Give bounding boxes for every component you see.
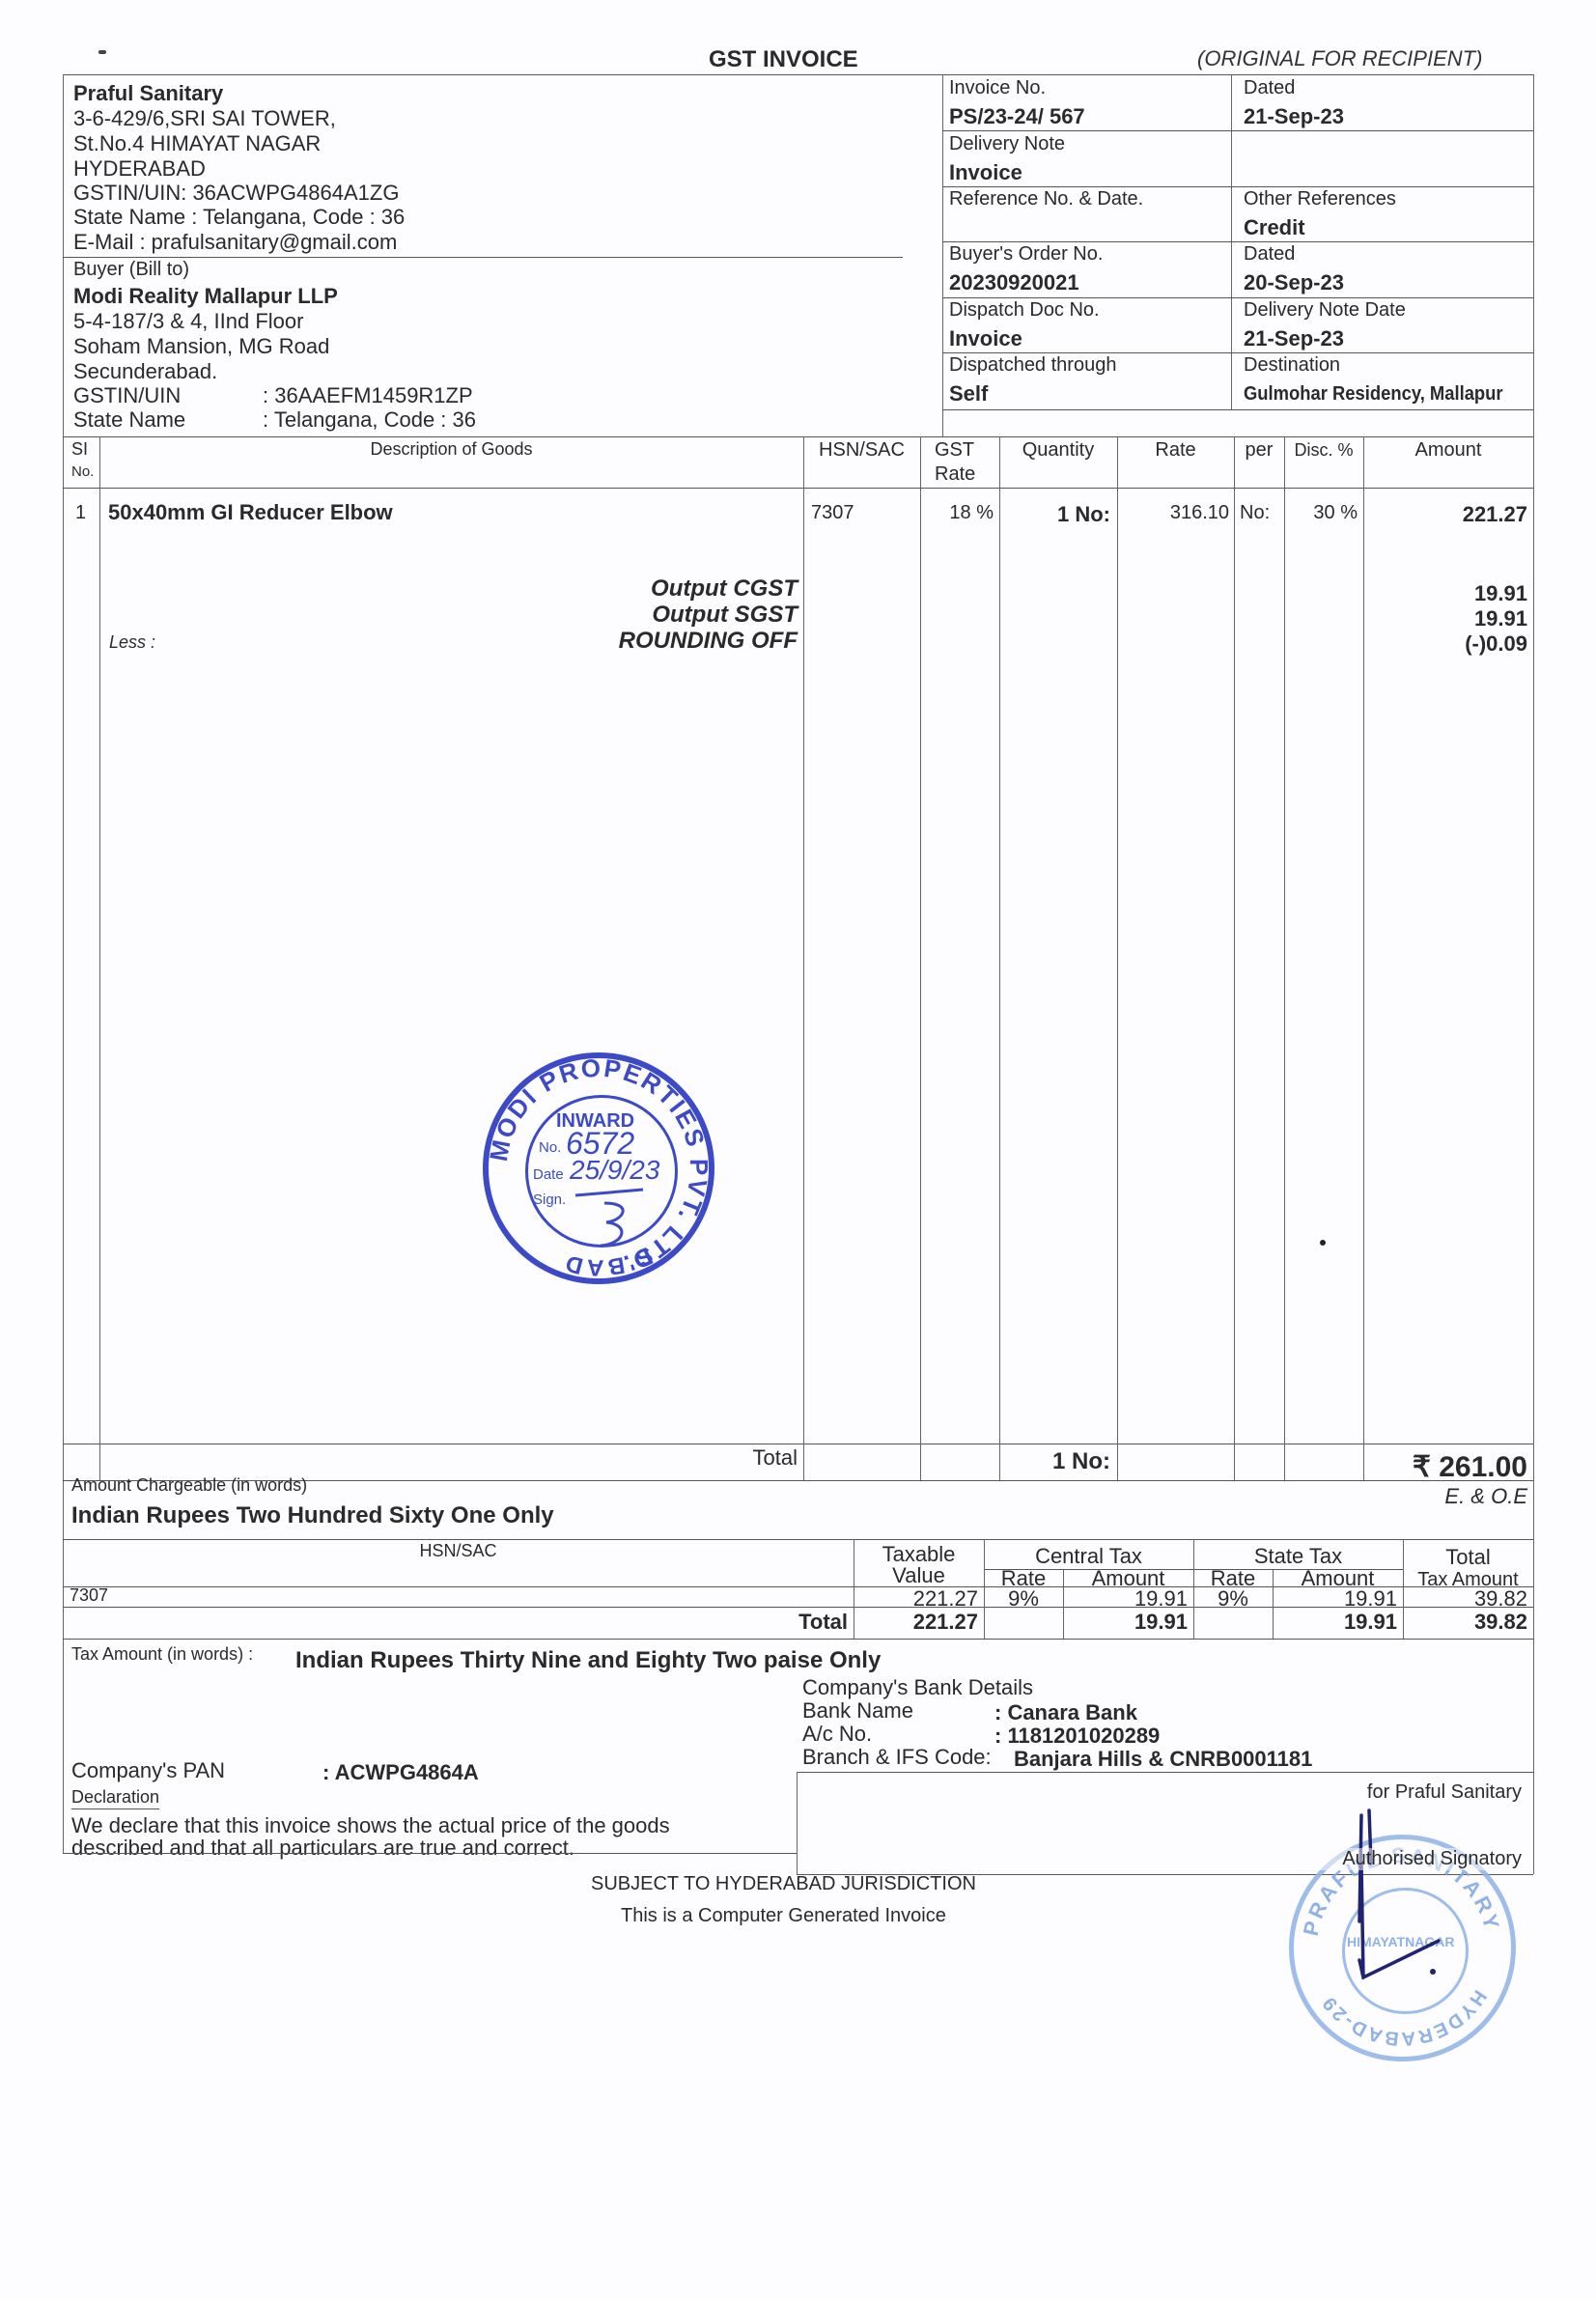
item-gst-rate: 18 % (920, 502, 994, 524)
invoice-title: GST INVOICE (709, 46, 858, 73)
other-references: Credit (1244, 215, 1305, 240)
hsn-row-s-amount: 19.91 (1273, 1586, 1397, 1612)
inward-no-label: No. (539, 1139, 561, 1156)
other-references-label: Other References (1244, 188, 1396, 210)
tax-line-amount: 19.91 (1363, 581, 1527, 606)
invoice-no: PS/23-24/ 567 (949, 104, 1085, 129)
col-hsn: HSN/SAC (803, 439, 920, 462)
inward-sign-label: Sign. (533, 1192, 566, 1208)
delivery-note-date: 21-Sep-23 (1244, 326, 1344, 351)
less-label: Less : (109, 632, 155, 653)
seller-address-line: St.No.4 HIMAYAT NAGAR (73, 131, 321, 156)
hsn-total-s-amount: 19.91 (1273, 1610, 1397, 1635)
tax-line-amount: (-)0.09 (1363, 631, 1527, 657)
col-gst-1: GST (935, 439, 974, 462)
reference-label: Reference No. & Date. (949, 188, 1143, 210)
destination-label: Destination (1244, 354, 1340, 377)
jurisdiction-note: SUBJECT TO HYDERABAD JURISDICTION (591, 1873, 976, 1895)
destination: Gulmohar Residency, Mallapur (1244, 383, 1503, 406)
dispatched-through-label: Dispatched through (949, 354, 1116, 377)
hsn-row-total-tax: 39.82 (1403, 1586, 1527, 1612)
signature-scribble (1332, 1806, 1477, 1989)
hsn-row-taxable: 221.27 (854, 1586, 978, 1612)
eoe-label: E. & O.E (1255, 1484, 1527, 1509)
total-quantity: 1 No: (999, 1448, 1110, 1475)
item-per: No: (1240, 502, 1270, 524)
hsn-row-c-amount: 19.91 (1063, 1586, 1188, 1612)
seller-gstin: GSTIN/UIN: 36ACWPG4864A1ZG (73, 181, 399, 206)
col-per: per (1234, 439, 1284, 462)
pan-label: Company's PAN (71, 1758, 225, 1783)
inward-stamp: MODI PROPERTIES PVT. LTD. S'BAD INWARD N… (483, 1052, 714, 1284)
seller-address-line: 3-6-429/6,SRI SAI TOWER, (73, 106, 336, 131)
for-company-label: for Praful Sanitary (1255, 1781, 1522, 1804)
hsn-row-c-rate: 9% (984, 1586, 1063, 1612)
buyer-address-line: Soham Mansion, MG Road (73, 334, 329, 359)
hsn-row-hsn: 7307 (70, 1585, 108, 1606)
ink-dot (1320, 1240, 1326, 1246)
buyer-address-line: 5-4-187/3 & 4, IInd Floor (73, 309, 303, 334)
branch-ifsc: Banjara Hills & CNRB0001181 (1014, 1747, 1312, 1772)
seller-state: State Name : Telangana, Code : 36 (73, 205, 405, 230)
dated-label: Dated (1244, 77, 1295, 99)
declaration-line: described and that all particulars are t… (71, 1836, 574, 1861)
delivery-note-date-label: Delivery Note Date (1244, 299, 1406, 322)
inward-sign-scribble (566, 1174, 662, 1251)
buyer-gstin-value: : 36AAEFM1459R1ZP (263, 383, 473, 408)
order-dated-label: Dated (1244, 243, 1295, 266)
hsn-total-c-amount: 19.91 (1063, 1610, 1188, 1635)
amount-in-words: Indian Rupees Two Hundred Sixty One Only (71, 1502, 554, 1529)
bank-heading: Company's Bank Details (802, 1675, 1033, 1700)
col-rate: Rate (1117, 439, 1234, 462)
computer-generated-note: This is a Computer Generated Invoice (621, 1905, 946, 1927)
declaration-label: Declaration (71, 1787, 159, 1809)
seller-email: E-Mail : prafulsanitary@gmail.com (73, 230, 397, 255)
dispatch-doc-label: Dispatch Doc No. (949, 299, 1100, 322)
buyers-order-label: Buyer's Order No. (949, 243, 1103, 266)
svg-text:HYDERABAD-29: HYDERABAD-29 (1318, 1986, 1491, 2050)
tax-line-label: ROUNDING OFF (99, 628, 798, 655)
item-amount: 221.27 (1363, 502, 1527, 527)
pan-value: : ACWPG4864A (322, 1760, 479, 1785)
buyer-name: Modi Reality Mallapur LLP (73, 284, 338, 309)
delivery-note-label: Delivery Note (949, 133, 1065, 155)
invoice-no-label: Invoice No. (949, 77, 1046, 99)
buyer-gstin-label: GSTIN/UIN (73, 383, 181, 408)
tax-in-words: Indian Rupees Thirty Nine and Eighty Two… (295, 1647, 881, 1674)
seller-name: Praful Sanitary (73, 81, 223, 106)
seller-address-line: HYDERABAD (73, 156, 206, 182)
bank-name: : Canara Bank (994, 1700, 1137, 1725)
tax-words-label: Tax Amount (in words) : (71, 1644, 253, 1665)
item-sl: 1 (75, 502, 86, 524)
buyer-address-line: Secunderabad. (73, 359, 217, 384)
col-quantity: Quantity (999, 439, 1117, 462)
hsn-col-total-1: Total (1403, 1545, 1533, 1570)
dispatched-through: Self (949, 381, 988, 407)
hsn-total-taxable: 221.27 (854, 1610, 978, 1635)
col-gst-2: Rate (935, 463, 975, 486)
invoice-date: 21-Sep-23 (1244, 104, 1344, 129)
company-stamp-bottom-text: HYDERABAD-29 (1318, 1986, 1491, 2050)
copy-label: (ORIGINAL FOR RECIPIENT) (1197, 46, 1482, 71)
tax-line-label: Output CGST (99, 575, 798, 603)
total-amount: ₹ 261.00 (1363, 1450, 1527, 1484)
amount-words-label: Amount Chargeable (in words) (71, 1475, 307, 1496)
dispatch-doc-no: Invoice (949, 326, 1022, 351)
buyer-state-value: : Telangana, Code : 36 (263, 407, 476, 433)
col-disc: Disc. % (1284, 440, 1363, 461)
col-sl-2: No. (71, 463, 94, 480)
hsn-col-hsn: HSN/SAC (63, 1541, 854, 1561)
col-amount: Amount (1363, 439, 1533, 462)
col-description: Description of Goods (99, 439, 803, 460)
tax-line-amount: 19.91 (1363, 606, 1527, 631)
buyer-label: Buyer (Bill to) (73, 259, 189, 281)
account-no: : 1181201020289 (994, 1724, 1160, 1749)
hsn-total-label: Total (63, 1610, 848, 1635)
hsn-row-s-rate: 9% (1193, 1586, 1273, 1612)
hsn-col-taxable-2: Value (854, 1563, 984, 1588)
item-disc: 30 % (1284, 502, 1358, 524)
item-description: 50x40mm GI Reducer Elbow (108, 500, 393, 525)
inward-date-label: Date (533, 1166, 564, 1183)
ink-smudge (98, 50, 106, 54)
col-sl-1: SI (71, 439, 88, 460)
account-label: A/c No. (802, 1722, 872, 1747)
delivery-note: Invoice (949, 160, 1022, 185)
item-hsn: 7307 (811, 502, 854, 524)
bank-name-label: Bank Name (802, 1698, 913, 1724)
buyer-state-label: State Name (73, 407, 185, 433)
tax-line-label: Output SGST (99, 602, 798, 629)
order-date: 20-Sep-23 (1244, 270, 1344, 295)
authorised-signatory: Authorised Signatory (1255, 1848, 1522, 1870)
total-label: Total (99, 1445, 798, 1471)
item-rate: 316.10 (1117, 502, 1229, 524)
item-quantity: 1 No: (999, 502, 1110, 527)
buyers-order-no: 20230920021 (949, 270, 1079, 295)
hsn-total-tax: 39.82 (1403, 1610, 1527, 1635)
branch-label: Branch & IFS Code: (802, 1745, 992, 1770)
